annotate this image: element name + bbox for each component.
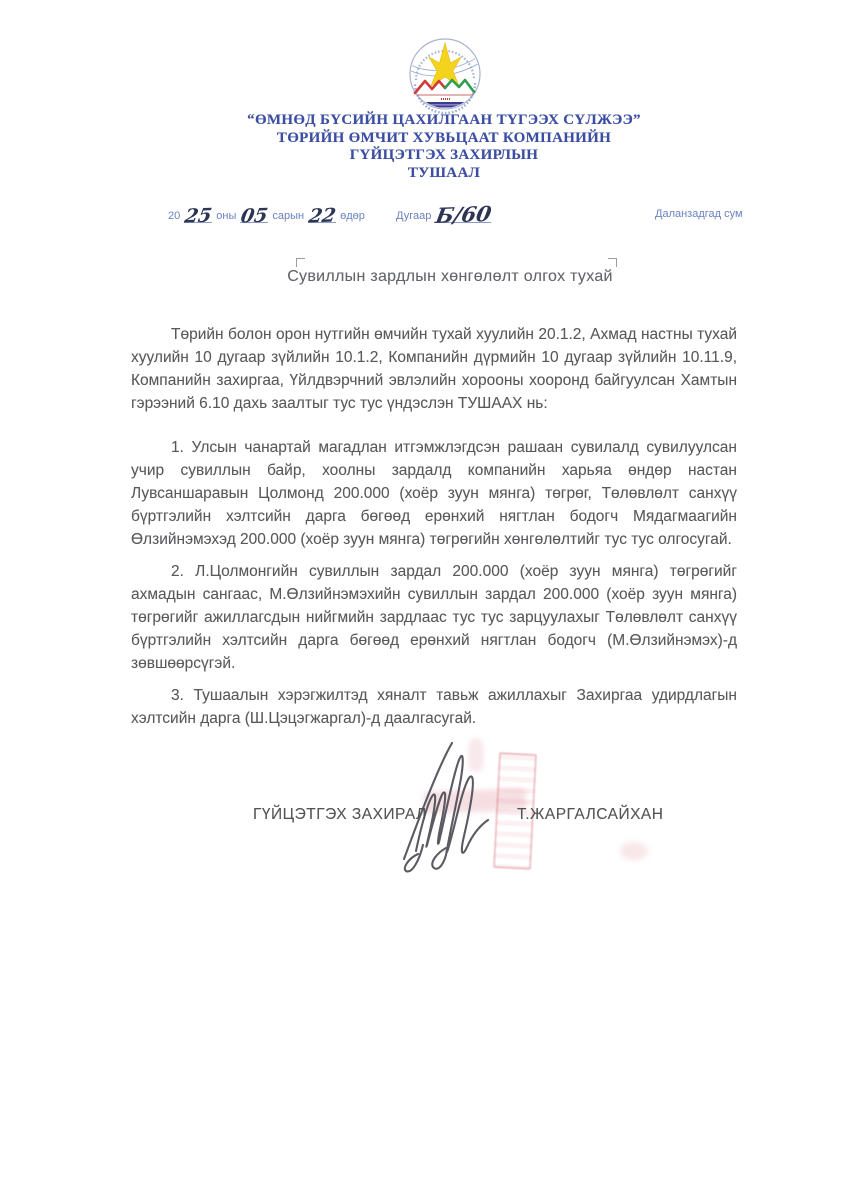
day-label: өдөр (340, 210, 365, 223)
org-name-line1: “ӨМНӨД БҮСИЙН ЦАХИЛГААН ТҮГЭЭХ СҮЛЖЭЭ” (124, 112, 764, 130)
doc-type-label: ТУШААЛ (124, 165, 764, 183)
order-item-3: 3. Тушаалын хэрэгжилтэд хяналт тавьж ажи… (131, 684, 737, 730)
day-blank: 22 (308, 207, 336, 223)
preamble-paragraph: Төрийн болон орон нутгийн өмчийн тухай х… (131, 323, 737, 415)
number-blank: Б/60 (436, 206, 491, 223)
year-prefix: 20 (168, 210, 180, 223)
order-number: Дугаар Б/60 (396, 206, 491, 223)
document-page: “ӨМНӨД БҮСИЙН ЦАХИЛГААН ТҮГЭЭХ СҮЛЖЭЭ” Т… (0, 0, 848, 1200)
crop-mark-left-icon (296, 258, 305, 267)
signatory-name: Т.ЖАРГАЛСАЙХАН (517, 806, 663, 824)
month-label: сарын (272, 210, 304, 223)
order-item-2: 2. Л.Цолмонгийн сувиллын зардал 200.000 … (131, 560, 737, 675)
day-value: 22 (308, 209, 337, 224)
dateline: 2025 оны 05 сарын 22 өдөр Дугаар Б/60 Да… (0, 193, 848, 227)
number-value: Б/60 (435, 207, 493, 223)
month-value: 05 (240, 209, 269, 224)
year-label: оны (216, 210, 236, 223)
stamp-dot-icon (620, 842, 648, 860)
org-name-line2: ТӨРИЙН ӨМЧИТ ХУВЬЦААТ КОМПАНИЙН (124, 130, 764, 148)
org-header: “ӨМНӨД БҮСИЙН ЦАХИЛГААН ТҮГЭЭХ СҮЛЖЭЭ” Т… (124, 112, 764, 182)
company-logo-icon (401, 34, 489, 114)
document-title: Сувиллын зардлын хөнгөлөлт олгох тухай (150, 268, 750, 286)
crop-mark-right-icon (608, 258, 617, 267)
document-body: Төрийн болон орон нутгийн өмчийн тухай х… (131, 323, 737, 739)
month-blank: 05 (240, 207, 268, 223)
signature-icon (392, 733, 507, 883)
year-blank: 25 (184, 207, 212, 223)
company-logo-svg (401, 34, 489, 114)
order-item-1: 1. Улсын чанартай магадлан итгэмжлэгдсэн… (131, 436, 737, 551)
date-fields: 2025 оны 05 сарын 22 өдөр (168, 207, 365, 223)
org-name-line3: ГҮЙЦЭТГЭХ ЗАХИРЛЫН (124, 147, 764, 165)
number-label: Дугаар (396, 210, 431, 223)
place-label: Даланзадгад сум (655, 208, 743, 220)
year-value: 25 (184, 209, 213, 224)
